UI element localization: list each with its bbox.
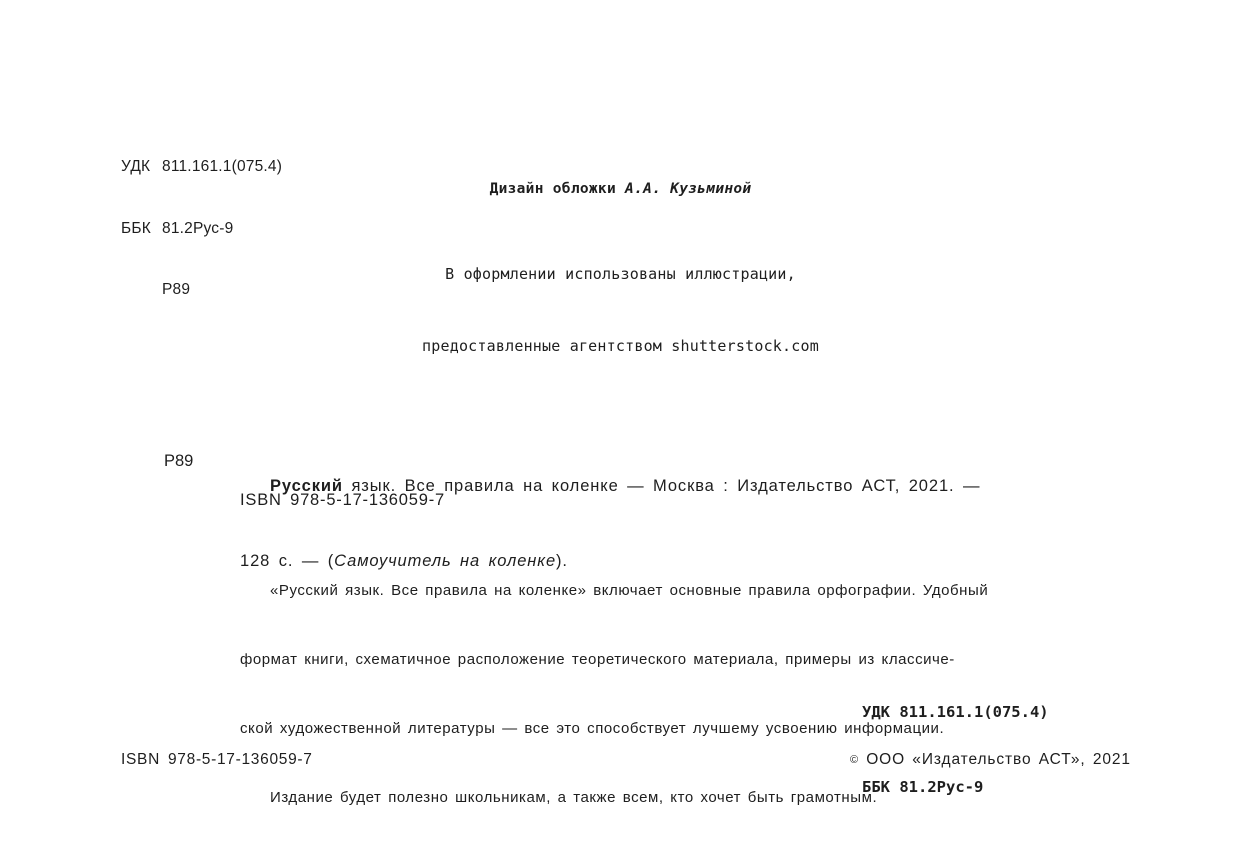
bbk-code: ББК 81.2Рус-9 xyxy=(862,775,1049,800)
illustrations-note-line: предоставленные агентством shutterstock.… xyxy=(0,334,1241,358)
author-mark-left: Р89 xyxy=(164,449,193,474)
udk-value: 811.161.1(075.4) xyxy=(162,158,282,175)
isbn-record: ISBN 978-5-17-136059-7 xyxy=(240,491,445,510)
isbn-footer: ISBN 978-5-17-136059-7 xyxy=(121,751,313,769)
cover-designer-name: А.А. Кузьминой xyxy=(625,181,751,197)
copyright-notice: © ООО «Издательство АСТ», 2021 xyxy=(850,751,1131,769)
illustrations-note: В оформлении использованы иллюстрации, п… xyxy=(0,214,1241,382)
classification-block-bottom: УДК 811.161.1(075.4) ББК 81.2Рус-9 xyxy=(862,650,1049,825)
udk-row: УДК811.161.1(075.4) xyxy=(121,157,282,178)
udk-label: УДК xyxy=(121,157,162,178)
udk-code: УДК 811.161.1(075.4) xyxy=(862,700,1049,725)
illustrations-note-line: В оформлении использованы иллюстрации, xyxy=(0,262,1241,286)
copyright-icon: © xyxy=(850,754,859,766)
cover-design-credit: Дизайн обложки А.А. Кузьминой xyxy=(0,181,1241,197)
copyright-text: ООО «Издательство АСТ», 2021 xyxy=(859,751,1131,768)
annotation-line: «Русский язык. Все правила на коленке» в… xyxy=(240,579,1058,602)
cover-design-prefix: Дизайн обложки xyxy=(490,181,625,197)
